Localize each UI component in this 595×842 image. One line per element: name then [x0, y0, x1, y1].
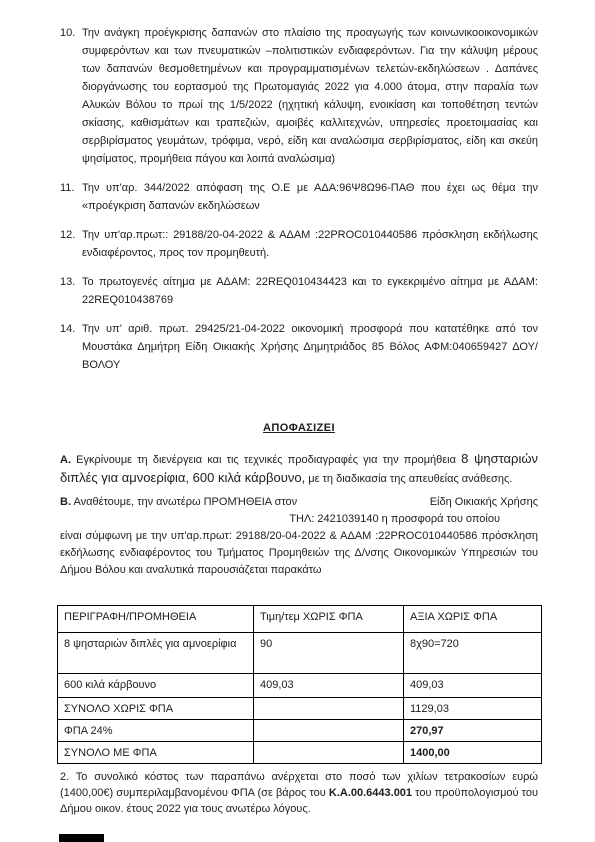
table-header-row: ΠΕΡΙΓΡΑΦΗ/ΠΡΟΜΗΘΕΙΑ Τιμη/τεμ ΧΩΡΙΣ ΦΠΑ Α…	[58, 606, 542, 633]
list-number: 12.	[60, 226, 75, 244]
cell-description: 8 ψησταριών διπλές για αμνοερίφια	[58, 633, 254, 674]
cell-description: ΦΠΑ 24%	[58, 720, 254, 742]
paragraph-2: 2. Το συνολικό κόστος των παραπάνω ανέρχ…	[60, 769, 538, 817]
cell-value: 409,03	[404, 674, 542, 698]
decision-heading: ΑΠΟΦΑΣΙΖΕΙ	[60, 419, 538, 437]
table-row-vat: ΦΠΑ 24% 270,97	[58, 720, 542, 742]
list-text: Την υπ’ αριθ. πρωτ. 29425/21-04-2022 οικ…	[82, 323, 538, 371]
cell-description: ΣΥΝΟΛΟ ΧΩΡΙΣ ΦΠΑ	[58, 698, 254, 720]
list-number: 11.	[60, 179, 74, 197]
list-item-14: 14. Την υπ’ αριθ. πρωτ. 29425/21-04-2022…	[60, 320, 538, 374]
cell-value: 1129,03	[404, 698, 542, 720]
list-number: 10.	[60, 24, 75, 42]
cell-value: 1400,00	[404, 742, 542, 764]
list-item-11: 11. Την υπ'αρ. 344/2022 απόφαση της Ο.Ε …	[60, 179, 538, 215]
paragraph-b-line1-text: Αναθέτουμε, την ανωτέρω ΠΡΟΜΉΘΕΙΑ στον	[73, 496, 297, 508]
paragraph-b-line1: Β. Αναθέτουμε, την ανωτέρω ΠΡΟΜΉΘΕΙΑ στο…	[60, 494, 538, 511]
cell-unit-price	[254, 698, 404, 720]
redaction-mark	[59, 834, 104, 842]
cell-unit-price: 409,03	[254, 674, 404, 698]
cost-table: ΠΕΡΙΓΡΑΦΗ/ΠΡΟΜΗΘΕΙΑ Τιμη/τεμ ΧΩΡΙΣ ΦΠΑ Α…	[57, 605, 542, 764]
cell-unit-price	[254, 720, 404, 742]
supplier-name: Είδη Οικιακής Χρήσης	[430, 494, 538, 511]
list-text: Την υπ'αρ.πρωτ:: 29188/20-04-2022 & ΑΔΑΜ…	[82, 229, 538, 259]
cell-description: 600 κιλά κάρβουνο	[58, 674, 254, 698]
cell-value: 270,97	[404, 720, 542, 742]
document-content: 10. Την ανάγκη προέγκρισης δαπανών στο π…	[60, 24, 538, 817]
table-row-total: ΣΥΝΟΛΟ ΜΕ ΦΠΑ 1400,00	[58, 742, 542, 764]
list-text: Την ανάγκη προέγκρισης δαπανών στο πλαίσ…	[82, 27, 538, 165]
paragraph-a: Α. Εγκρίνουμε τη διενέργεια και τις τεχν…	[60, 450, 538, 488]
list-item-10: 10. Την ανάγκη προέγκρισης δαπανών στο π…	[60, 24, 538, 168]
budget-code: Κ.Α.00.6443.001	[329, 787, 412, 799]
table-row: 8 ψησταριών διπλές για αμνοερίφια 90 8χ9…	[58, 633, 542, 674]
list-item-12: 12. Την υπ'αρ.πρωτ:: 29188/20-04-2022 & …	[60, 226, 538, 262]
paragraph-a-label: Α.	[60, 454, 71, 466]
paragraph-b-continuation: είναι σύμφωνη με την υπ'αρ.πρωτ: 29188/2…	[60, 528, 538, 579]
document-page: 10. Την ανάγκη προέγκρισης δαπανών στο π…	[0, 0, 595, 842]
list-text: Την υπ'αρ. 344/2022 απόφαση της Ο.Ε με Α…	[82, 182, 538, 212]
table-row-subtotal: ΣΥΝΟΛΟ ΧΩΡΙΣ ΦΠΑ 1129,03	[58, 698, 542, 720]
cell-unit-price: 90	[254, 633, 404, 674]
list-number: 13.	[60, 273, 75, 291]
list-text: Το πρωτογενές αίτημα με ΑΔΑΜ: 22REQ01043…	[82, 276, 538, 306]
list-number: 14.	[60, 320, 75, 338]
paragraph-b-label: Β.	[60, 496, 71, 508]
list-item-13: 13. Το πρωτογενές αίτημα με ΑΔΑΜ: 22REQ0…	[60, 273, 538, 309]
col-header-description: ΠΕΡΙΓΡΑΦΗ/ΠΡΟΜΗΘΕΙΑ	[58, 606, 254, 633]
paragraph-b: Β. Αναθέτουμε, την ανωτέρω ΠΡΟΜΉΘΕΙΑ στο…	[60, 494, 538, 579]
col-header-value: ΑΞΙΑ ΧΩΡΙΣ ΦΠΑ	[404, 606, 542, 633]
paragraph-b-left: Β. Αναθέτουμε, την ανωτέρω ΠΡΟΜΉΘΕΙΑ στο…	[60, 494, 297, 511]
cell-unit-price	[254, 742, 404, 764]
cell-value: 8χ90=720	[404, 633, 542, 674]
table-row: 600 κιλά κάρβουνο 409,03 409,03	[58, 674, 542, 698]
col-header-unit-price: Τιμη/τεμ ΧΩΡΙΣ ΦΠΑ	[254, 606, 404, 633]
paragraph-a-text-end: με τη διαδικασία της απευθείας ανάθεσης.	[308, 473, 512, 485]
supplier-phone-line: ΤΗΛ: 2421039140 η προσφορά του οποίου	[60, 511, 538, 528]
cell-description: ΣΥΝΟΛΟ ΜΕ ΦΠΑ	[58, 742, 254, 764]
paragraph-a-text: Εγκρίνουμε τη διενέργεια και τις τεχνικέ…	[76, 454, 456, 466]
